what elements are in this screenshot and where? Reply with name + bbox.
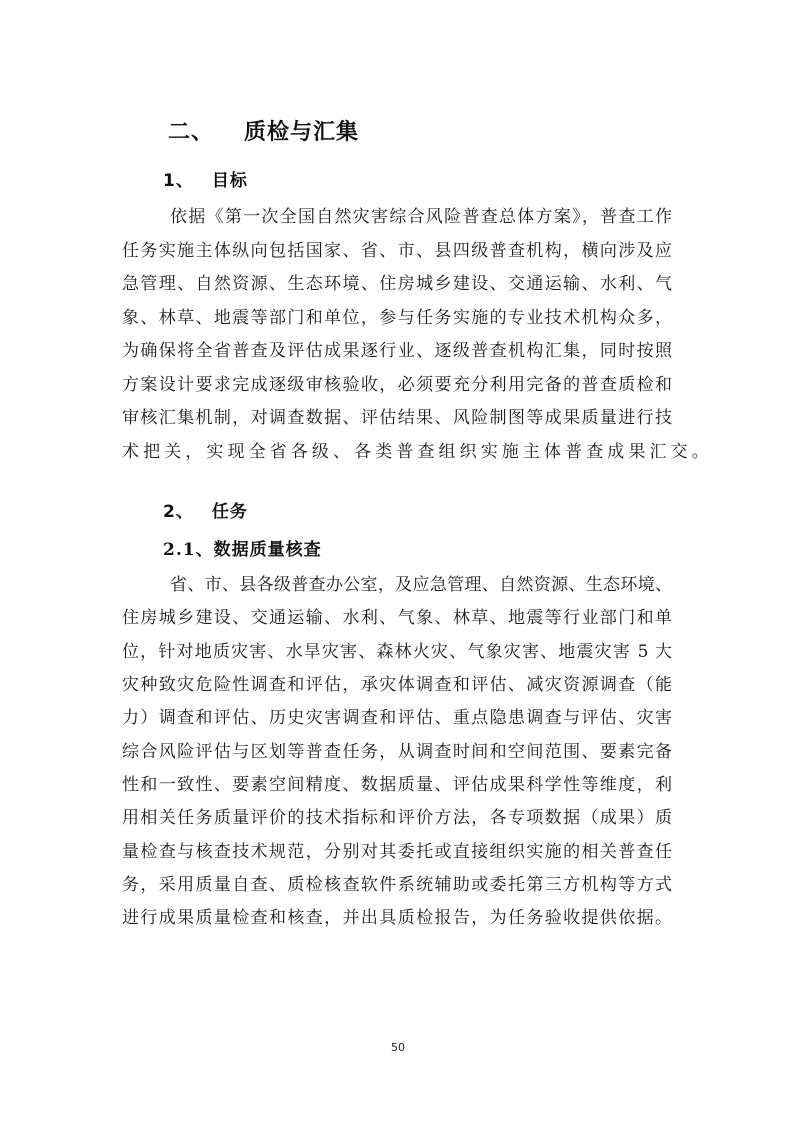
paragraph-line: 急管理、自然资源、生态环境、住房城乡建设、交通运输、水利、气	[122, 272, 672, 296]
paragraph-line: 灾种致灾危险性调查和评估，承灾体调查和评估、减灾资源调查（能	[122, 673, 672, 697]
paragraph-line: 务，采用质量自查、质检核查软件系统辅助或委托第三方机构等方式	[122, 873, 672, 897]
paragraph-line: 性和一致性、要素空间精度、数据质量、评估成果科学性等维度，利	[122, 773, 672, 797]
paragraph-line: 省、市、县各级普查办公室，及应急管理、自然资源、生态环境、	[170, 573, 672, 597]
subsection-number: 2、	[163, 502, 194, 522]
paragraph-line: 用相关任务质量评价的技术指标和评价方法，各专项数据（成果）质	[122, 806, 672, 830]
paragraph-line: 任务实施主体纵向包括国家、省、市、县四级普查机构，横向涉及应	[122, 239, 672, 263]
document-page: 二、质检与汇集 1、目标 依据《第一次全国自然灾害综合风险普查总体方案》，普查工…	[0, 0, 793, 1122]
paragraph-line: 进行成果质量检查和核查，并出具质检报告，为任务验收提供依据。	[122, 906, 672, 930]
section-title: 质检与汇集	[244, 120, 359, 145]
subsection-number: 1、	[163, 171, 194, 191]
subsection-heading-data-quality-check: 2.1、数据质量核查	[163, 535, 322, 560]
paragraph-line: 术把关，实现全省各级、各类普查组织实施主体普查成果汇交。	[122, 440, 672, 464]
paragraph-line: 为确保将全省普查及评估成果逐行业、逐级普查机构汇集，同时按照	[122, 339, 672, 363]
section-number: 二、	[168, 120, 214, 145]
section-heading: 二、质检与汇集	[168, 115, 359, 146]
paragraph-line: 审核汇集机制，对调查数据、评估结果、风险制图等成果质量进行技	[122, 406, 672, 430]
page-number: 50	[387, 1041, 409, 1054]
subsection-title: 任务	[212, 502, 248, 522]
paragraph-line: 方案设计要求完成逐级审核验收，必须要充分利用完备的普查质检和	[122, 373, 672, 397]
subsection-heading-tasks: 2、任务	[163, 497, 248, 522]
paragraph-line: 住房城乡建设、交通运输、水利、气象、林草、地震等行业部门和单	[122, 606, 672, 630]
subsection-title: 目标	[212, 171, 248, 191]
paragraph-line: 位，针对地质灾害、水旱灾害、森林火灾、气象灾害、地震灾害 5 大	[122, 640, 672, 664]
paragraph-line: 综合风险评估与区划等普查任务，从调查时间和空间范围、要素完备	[122, 740, 672, 764]
paragraph-line: 力）调查和评估、历史灾害调查和评估、重点隐患调查与评估、灾害	[122, 706, 672, 730]
subsection-heading-goal: 1、目标	[163, 166, 248, 191]
paragraph-line: 依据《第一次全国自然灾害综合风险普查总体方案》，普查工作	[170, 205, 672, 229]
paragraph-line: 量检查与核查技术规范，分别对其委托或直接组织实施的相关普查任	[122, 840, 672, 864]
paragraph-line: 象、林草、地震等部门和单位，参与任务实施的专业技术机构众多，	[122, 306, 672, 330]
